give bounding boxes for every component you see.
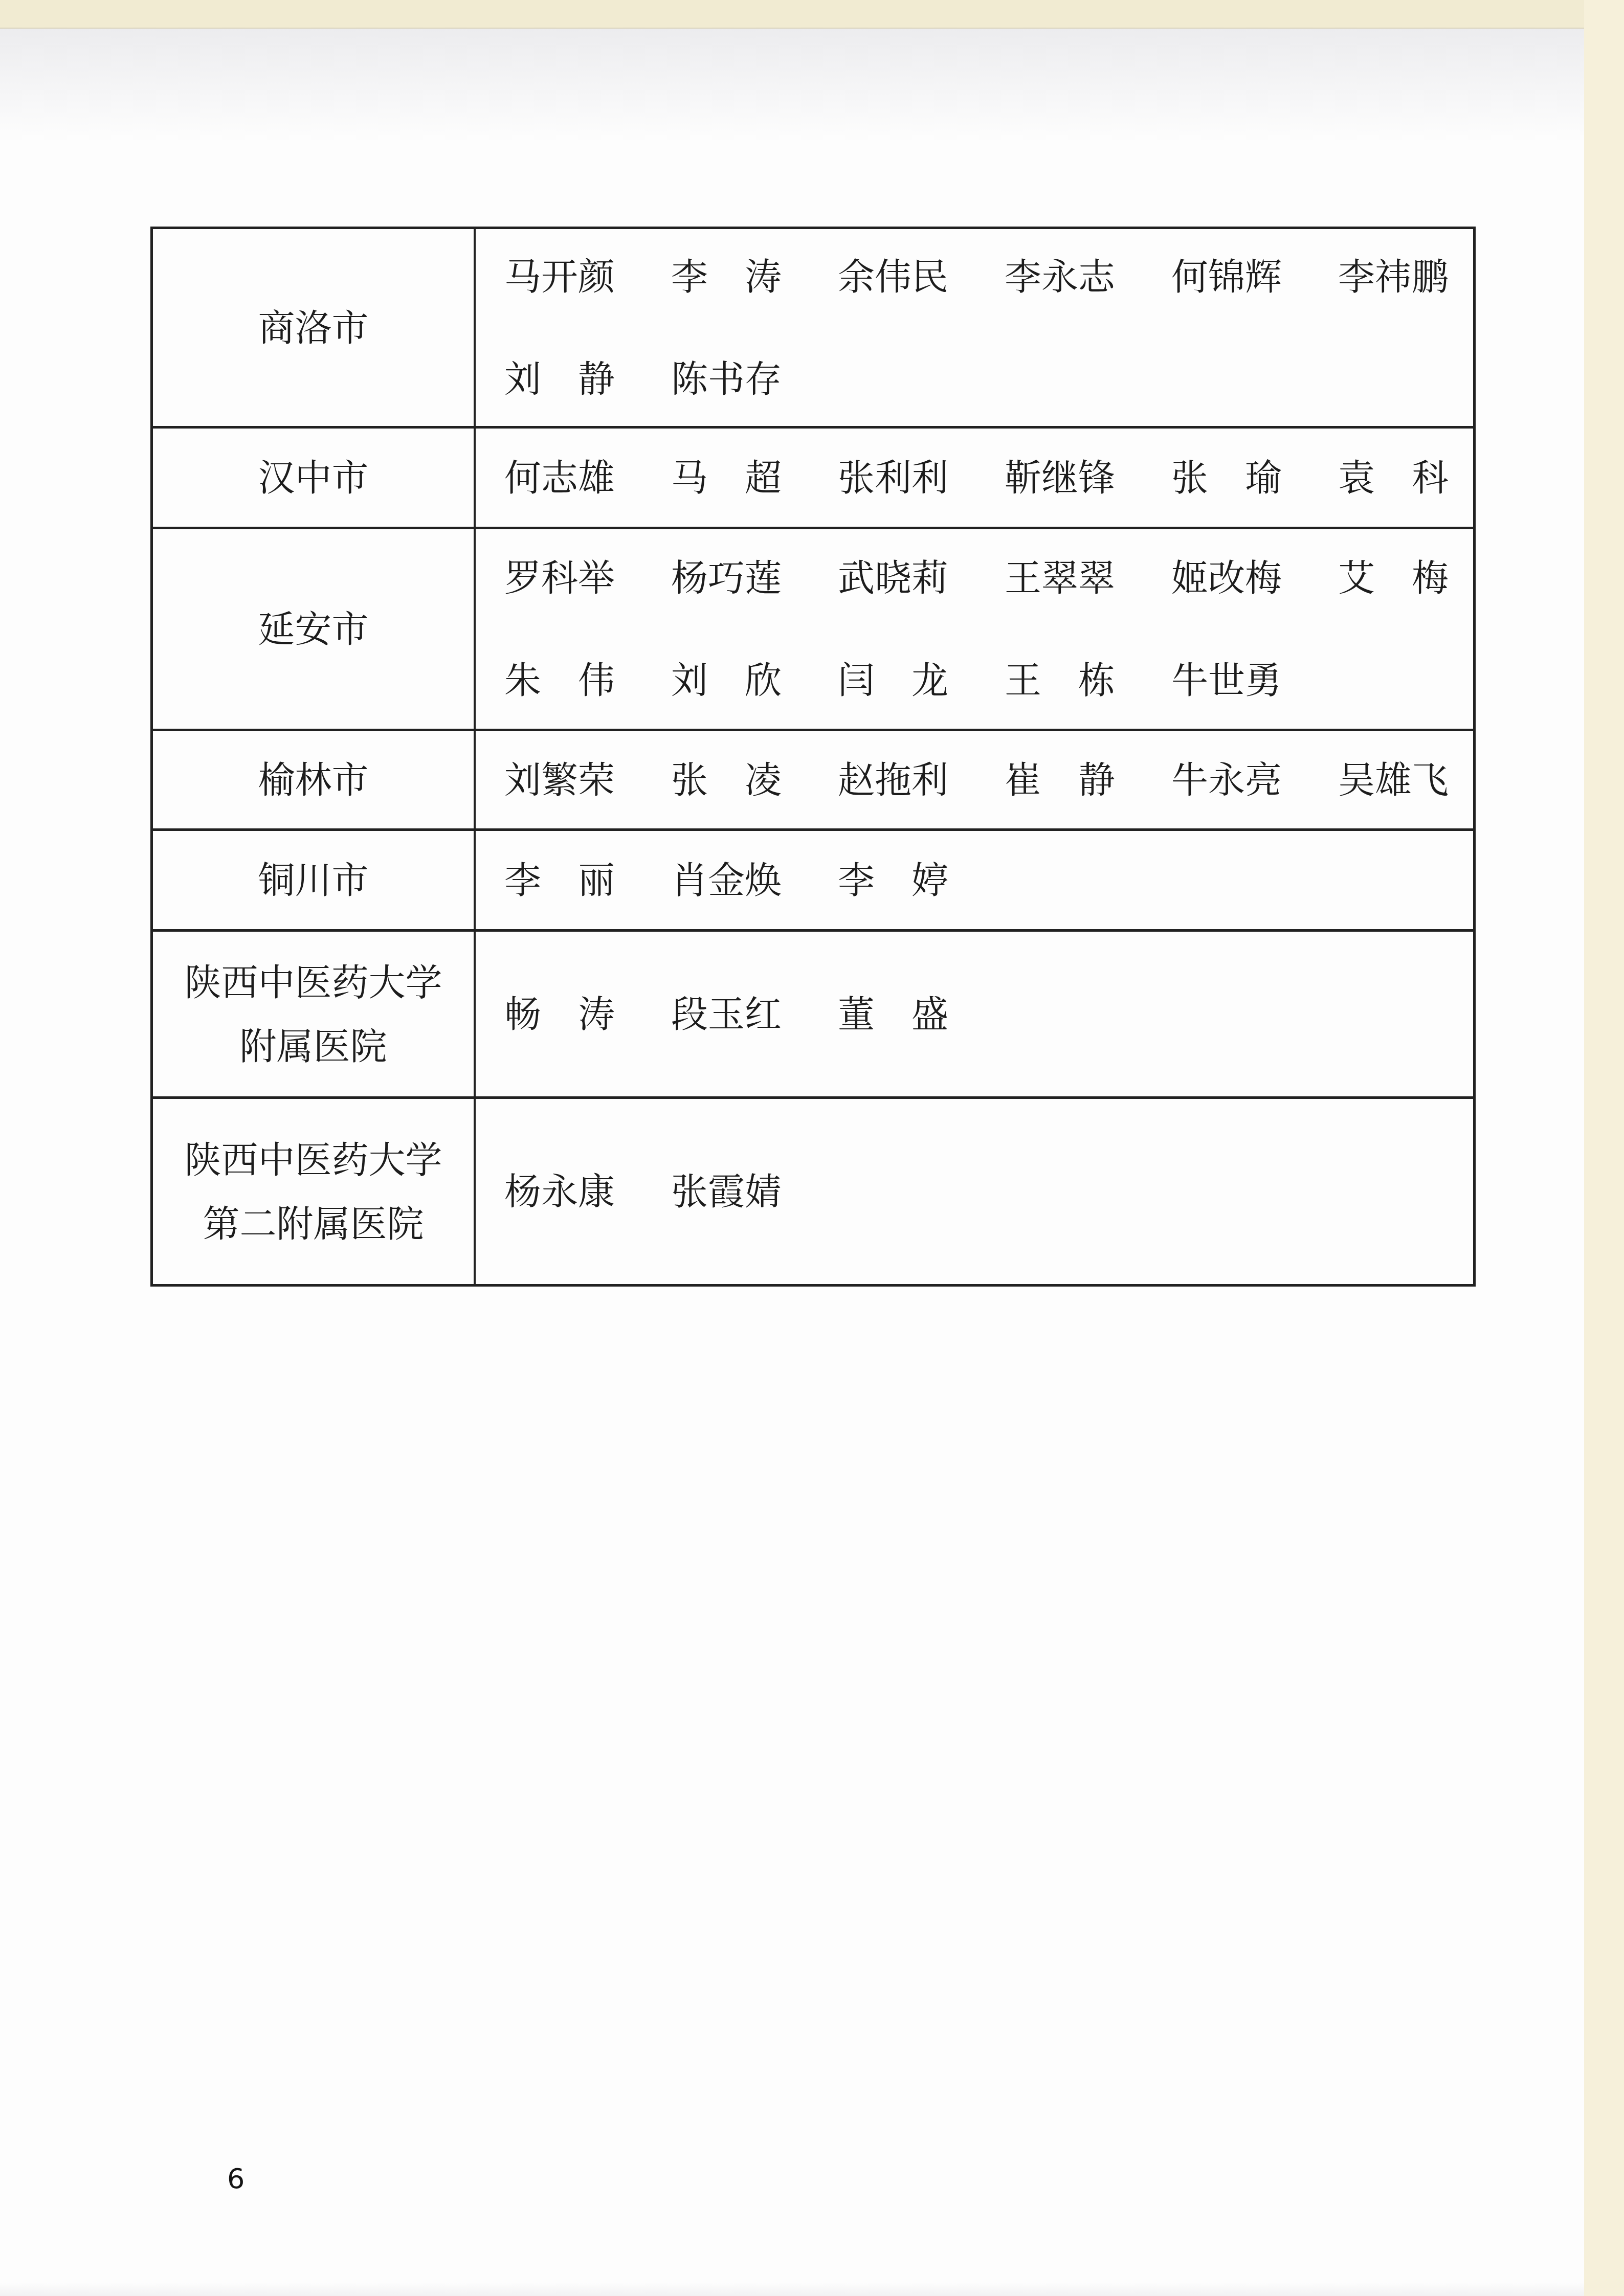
person-name: 崔 静 bbox=[1005, 759, 1115, 800]
person-name: 畅 涛 bbox=[504, 994, 615, 1034]
person-name: 李 婷 bbox=[838, 860, 948, 901]
name-line: 刘繁荣张 凌赵拖利崔 静牛永亮吴雄飞 bbox=[504, 759, 1473, 800]
person-name: 赵拖利 bbox=[838, 759, 948, 800]
person-name: 张霞婧 bbox=[671, 1171, 782, 1212]
org-cell: 陕西中医药大学附属医院 bbox=[153, 932, 476, 1096]
person-name: 袁 科 bbox=[1338, 457, 1449, 498]
table-row: 商洛市 马开颜李 涛余伟民李永志何锦辉李祎鹏刘 静陈书存 bbox=[153, 229, 1473, 426]
person-name: 艾 梅 bbox=[1338, 557, 1449, 598]
person-name: 朱 伟 bbox=[504, 660, 615, 701]
page-number: 6 bbox=[227, 2165, 244, 2193]
person-name: 王翠翠 bbox=[1005, 557, 1115, 598]
org-line: 铜川市 bbox=[258, 860, 368, 901]
names-cell: 杨永康张霞婧 bbox=[476, 1099, 1473, 1284]
document-page: { "page": { "number": "6" }, "colors": {… bbox=[0, 0, 1624, 2296]
org-line: 陕西中医药大学 bbox=[184, 1139, 442, 1180]
person-name: 罗科举 bbox=[504, 557, 615, 598]
person-name: 牛永亮 bbox=[1171, 759, 1282, 800]
org-cell: 榆林市 bbox=[153, 731, 476, 828]
names-cell: 马开颜李 涛余伟民李永志何锦辉李祎鹏刘 静陈书存 bbox=[476, 229, 1473, 426]
table-row: 陕西中医药大学附属医院 畅 涛段玉红董 盛 bbox=[153, 929, 1473, 1096]
person-name: 马开颜 bbox=[504, 256, 615, 297]
person-name: 李祎鹏 bbox=[1338, 256, 1449, 297]
person-name: 刘 静 bbox=[504, 358, 615, 399]
person-name: 王 栋 bbox=[1005, 660, 1115, 701]
org-cell: 延安市 bbox=[153, 529, 476, 729]
table-row: 汉中市 何志雄马 超张利利靳继锋张 瑜袁 科 bbox=[153, 426, 1473, 527]
name-line: 李 丽肖金焕李 婷 bbox=[504, 860, 1473, 901]
name-line: 马开颜李 涛余伟民李永志何锦辉李祎鹏 bbox=[504, 256, 1473, 297]
table-row: 榆林市 刘繁荣张 凌赵拖利崔 静牛永亮吴雄飞 bbox=[153, 729, 1473, 828]
person-name: 肖金焕 bbox=[671, 860, 782, 901]
person-name: 姬改梅 bbox=[1171, 557, 1282, 598]
names-cell: 罗科举杨巧莲武晓莉王翠翠姬改梅艾 梅朱 伟刘 欣闫 龙王 栋牛世勇 bbox=[476, 529, 1473, 729]
name-line: 畅 涛段玉红董 盛 bbox=[504, 994, 1473, 1034]
scanner-edge-top bbox=[0, 0, 1624, 29]
table-row: 陕西中医药大学第二附属医院 杨永康张霞婧 bbox=[153, 1096, 1473, 1284]
person-name: 李永志 bbox=[1005, 256, 1115, 297]
names-cell: 何志雄马 超张利利靳继锋张 瑜袁 科 bbox=[476, 429, 1473, 527]
name-line: 杨永康张霞婧 bbox=[504, 1171, 1473, 1212]
scanner-edge-right bbox=[1584, 0, 1624, 2296]
person-name: 武晓莉 bbox=[838, 557, 948, 598]
org-line: 附属医院 bbox=[239, 1026, 387, 1067]
names-cell: 李 丽肖金焕李 婷 bbox=[476, 831, 1473, 929]
org-line: 延安市 bbox=[258, 609, 368, 649]
org-cell: 商洛市 bbox=[153, 229, 476, 426]
person-name: 刘繁荣 bbox=[504, 759, 615, 800]
person-name: 董 盛 bbox=[838, 994, 948, 1034]
person-name: 何锦辉 bbox=[1171, 256, 1282, 297]
org-line: 第二附属医院 bbox=[203, 1203, 424, 1244]
name-line: 何志雄马 超张利利靳继锋张 瑜袁 科 bbox=[504, 457, 1473, 498]
org-line: 榆林市 bbox=[258, 759, 368, 800]
person-name: 牛世勇 bbox=[1171, 660, 1282, 701]
person-name: 张利利 bbox=[838, 457, 948, 498]
names-cell: 刘繁荣张 凌赵拖利崔 静牛永亮吴雄飞 bbox=[476, 731, 1473, 828]
org-line: 汉中市 bbox=[258, 457, 368, 498]
person-name: 杨永康 bbox=[504, 1171, 615, 1212]
org-cell: 铜川市 bbox=[153, 831, 476, 929]
org-cell: 汉中市 bbox=[153, 429, 476, 527]
roster-table: 商洛市 马开颜李 涛余伟民李永志何锦辉李祎鹏刘 静陈书存 汉中市 何志雄马 超张… bbox=[150, 227, 1476, 1287]
person-name: 闫 龙 bbox=[838, 660, 948, 701]
person-name: 陈书存 bbox=[671, 358, 782, 399]
person-name: 靳继锋 bbox=[1005, 457, 1115, 498]
person-name: 何志雄 bbox=[504, 457, 615, 498]
person-name: 李 丽 bbox=[504, 860, 615, 901]
person-name: 张 瑜 bbox=[1171, 457, 1282, 498]
table-row: 延安市 罗科举杨巧莲武晓莉王翠翠姬改梅艾 梅朱 伟刘 欣闫 龙王 栋牛世勇 bbox=[153, 527, 1473, 729]
org-line: 陕西中医药大学 bbox=[184, 962, 442, 1003]
name-line: 罗科举杨巧莲武晓莉王翠翠姬改梅艾 梅 bbox=[504, 557, 1473, 598]
org-cell: 陕西中医药大学第二附属医院 bbox=[153, 1099, 476, 1284]
scan-noise-bottom bbox=[0, 2283, 1584, 2296]
person-name: 吴雄飞 bbox=[1338, 759, 1449, 800]
org-line: 商洛市 bbox=[258, 307, 368, 348]
names-cell: 畅 涛段玉红董 盛 bbox=[476, 932, 1473, 1096]
person-name: 张 凌 bbox=[671, 759, 782, 800]
name-line: 刘 静陈书存 bbox=[504, 358, 1473, 399]
person-name: 马 超 bbox=[671, 457, 782, 498]
name-line: 朱 伟刘 欣闫 龙王 栋牛世勇 bbox=[504, 660, 1473, 701]
person-name: 刘 欣 bbox=[671, 660, 782, 701]
person-name: 余伟民 bbox=[838, 256, 948, 297]
scan-noise-top bbox=[0, 28, 1584, 161]
table-row: 铜川市 李 丽肖金焕李 婷 bbox=[153, 828, 1473, 929]
person-name: 段玉红 bbox=[671, 994, 782, 1034]
person-name: 李 涛 bbox=[671, 256, 782, 297]
person-name: 杨巧莲 bbox=[671, 557, 782, 598]
